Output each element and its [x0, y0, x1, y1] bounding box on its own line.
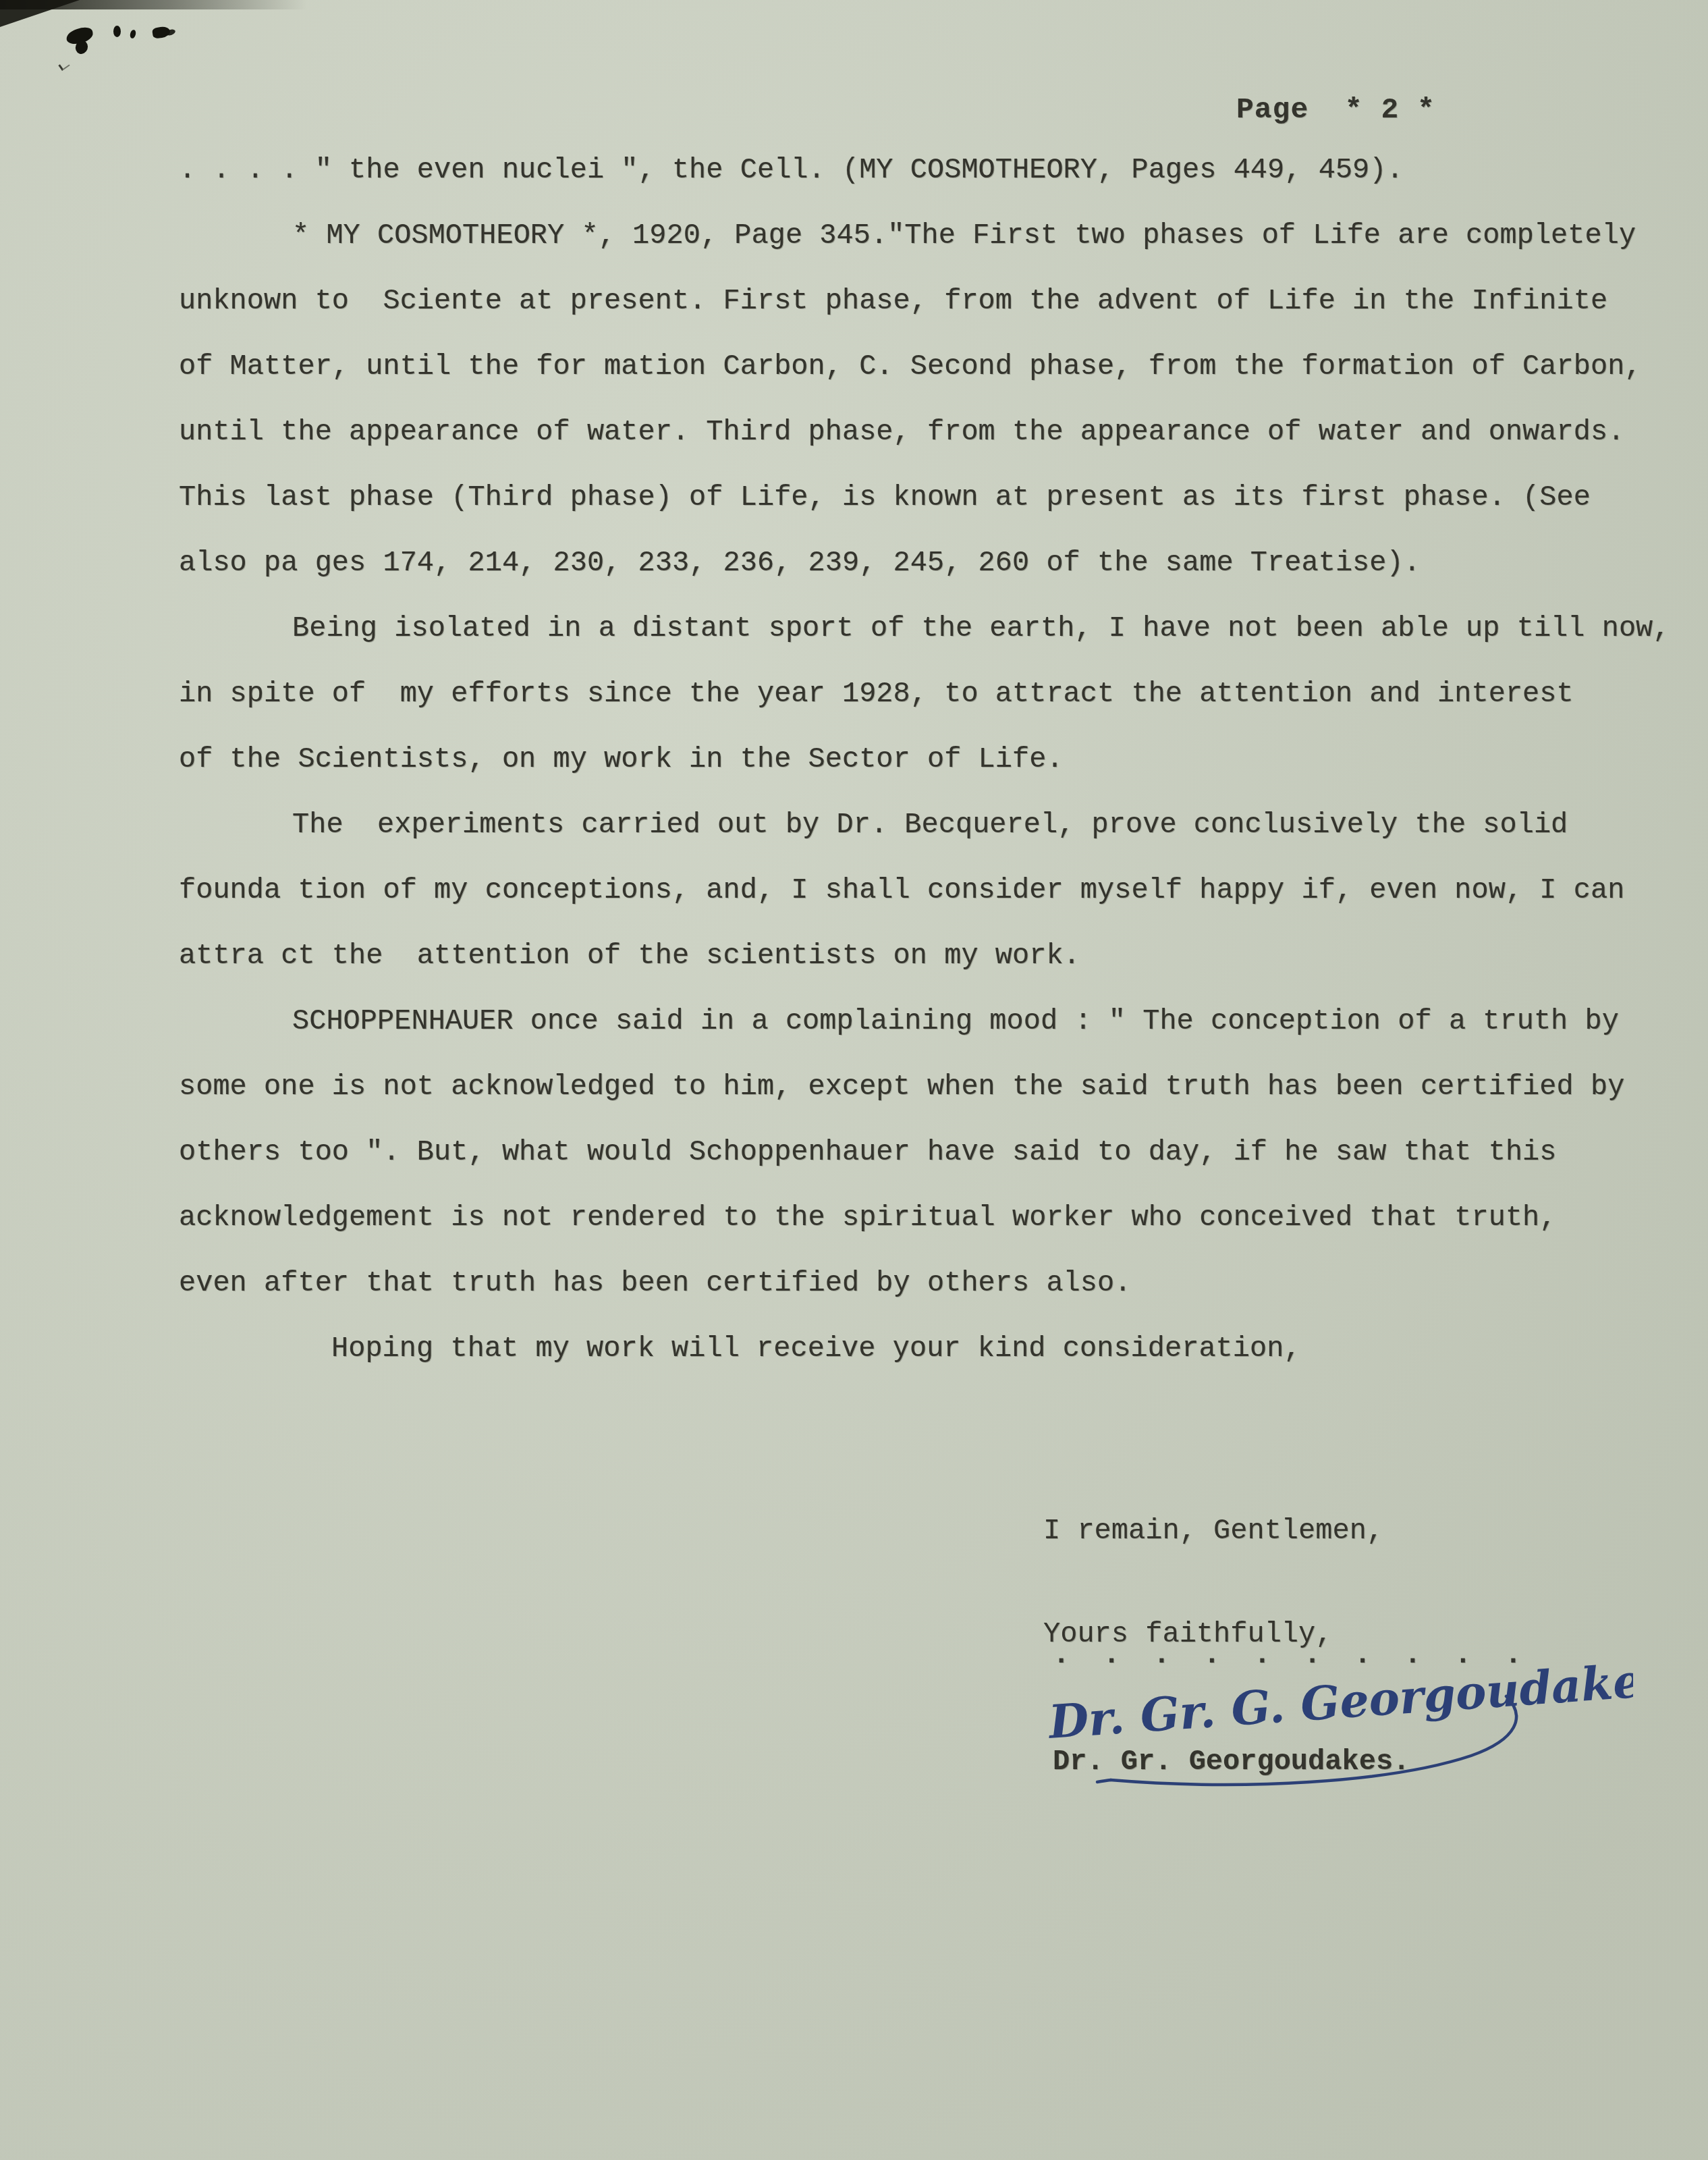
typed-line: unknown to Sciente at present. First pha…: [179, 285, 1684, 350]
typed-line: This last phase (Third phase) of Life, i…: [179, 481, 1684, 547]
typed-line: in spite of my efforts since the year 19…: [179, 678, 1684, 743]
typed-line: acknowledgement is not rendered to the s…: [179, 1201, 1684, 1267]
signature-underline-tail: [1097, 1780, 1111, 1782]
ink-smudge: [113, 26, 121, 37]
ink-smudge: [129, 29, 136, 39]
ink-scratch-mark: [58, 60, 70, 71]
typed-line: The experiments carried out by Dr. Becqu…: [179, 809, 1684, 874]
typed-line: Hoping that my work will receive your ki…: [179, 1332, 1684, 1398]
typed-line: even after that truth has been certified…: [179, 1267, 1684, 1332]
scanned-letter-page: { "meta": { "page_label": "Page * 2 *" }…: [0, 0, 1708, 2160]
page-number-label: Page * 2 *: [1236, 93, 1435, 126]
typed-line: until the appearance of water. Third pha…: [179, 416, 1684, 481]
typed-line: * MY COSMOTHEORY *, 1920, Page 345."The …: [179, 219, 1684, 285]
typed-line: also pa ges 174, 214, 230, 233, 236, 239…: [179, 547, 1684, 612]
typed-line: of Matter, until the for mation Carbon, …: [179, 350, 1684, 416]
typed-line: of the Scientists, on my work in the Sec…: [179, 743, 1684, 809]
letter-body: . . . . " the even nuclei ", the Cell. (…: [179, 154, 1684, 1398]
typed-line: others too ". But, what would Schoppenha…: [179, 1136, 1684, 1201]
typed-line: . . . . " the even nuclei ", the Cell. (…: [179, 154, 1684, 219]
typed-line: attra ct the attention of the scientists…: [179, 940, 1684, 1005]
typed-line: some one is not acknowledged to him, exc…: [179, 1071, 1684, 1136]
typed-line: Being isolated in a distant sport of the…: [179, 612, 1684, 678]
typed-line: SCHOPPENHAUER once said in a complaining…: [179, 1005, 1684, 1071]
handwritten-signature-text: Dr. Gr. G. Georgoudakes: [1046, 1652, 1633, 1750]
typed-line: founda tion of my conceptions, and, I sh…: [179, 874, 1684, 940]
valediction-line: I remain, Gentlemen,: [1043, 1515, 1383, 1553]
handwritten-signature: Dr. Gr. G. Georgoudakes: [918, 1637, 1633, 1839]
